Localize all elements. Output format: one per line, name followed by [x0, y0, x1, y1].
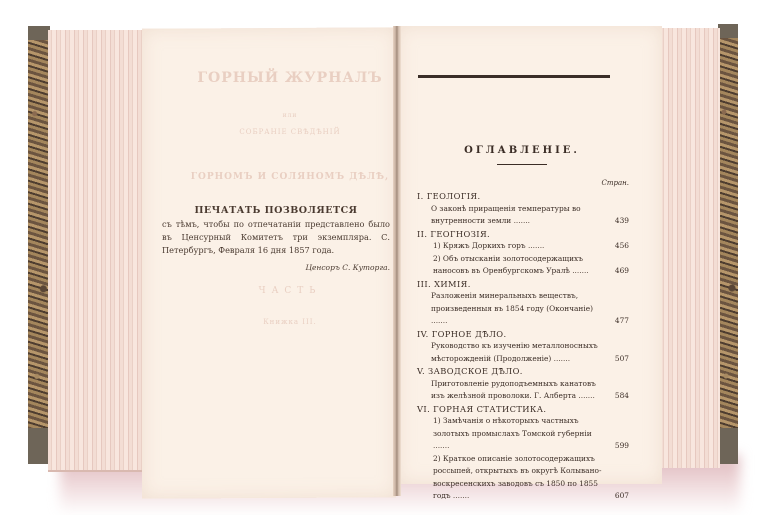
right-cover-corner-bottom [718, 428, 738, 464]
ghost-line: СОБРАНІЕ СВѢДѢНІЙ [185, 128, 395, 136]
dot-leader: ....... [433, 441, 449, 450]
ghost-line: или [185, 112, 395, 119]
toc-entry-text: О законѣ приращенія температуры во внутр… [431, 203, 607, 228]
dot-leader: ....... [451, 491, 470, 500]
header-rule [418, 75, 610, 78]
ghost-line: ГОРНОМЪ И СОЛЯНОМЪ ДѢЛѢ, [185, 172, 395, 182]
toc-entry-text: 1) Замѣчанія о нѣкоторыхъ частныхъ золот… [433, 415, 607, 453]
toc-entry: 2) Объ отысканіи золотосодержащихъ нанос… [415, 253, 629, 278]
right-cover-marbled [718, 24, 738, 464]
dot-leader: ....... [511, 216, 530, 225]
toc-entry: О законѣ приращенія температуры во внутр… [415, 203, 629, 228]
toc-entry: 1) Кряжъ Доркихъ горъ .......456 [415, 240, 629, 253]
toc-entry: Приготовленіе рудоподъемныхъ канатовъ из… [415, 378, 629, 403]
toc-entry-text: 2) Объ отысканіи золотосодержащихъ нанос… [433, 253, 607, 278]
page-column-label: Стран. [415, 177, 629, 190]
toc-entry-page: 469 [607, 265, 629, 278]
toc-entry: 1) Замѣчанія о нѣкоторыхъ частныхъ золот… [415, 415, 629, 453]
toc-entry-text: 1) Кряжъ Доркихъ горъ ....... [433, 240, 607, 253]
toc-entry: Разложенія минеральныхъ веществъ, произв… [415, 290, 629, 328]
left-page-stack [48, 30, 143, 472]
left-cover-corner-top [28, 26, 50, 40]
dot-leader: ....... [551, 354, 570, 363]
dot-leader: ....... [576, 391, 595, 400]
censor-signature: Ценсоръ С. Куторга. [162, 261, 390, 274]
toc-entry-text: 2) Краткое описаніе золотосодержащихъ ро… [433, 453, 607, 503]
toc-entry: 2) Краткое описаніе золотосодержащихъ ро… [415, 453, 629, 503]
toc-section: V. ЗАВОДСКОЕ ДѢЛО. [415, 365, 629, 378]
dot-leader: ....... [526, 241, 545, 250]
toc-entry-page: 507 [607, 353, 629, 366]
toc-section: II. ГЕОГНОЗІЯ. [415, 228, 629, 241]
ghost-line: Книжка III. [185, 318, 395, 326]
toc-entry-page: 607 [607, 490, 629, 503]
imprimatur-title: ПЕЧАТАТЬ ПОЗВОЛЯЕТСЯ [162, 204, 390, 217]
toc-entry-page: 477 [607, 315, 629, 328]
toc-entry-page: 439 [607, 215, 629, 228]
toc-entry-text: Разложенія минеральныхъ веществъ, произв… [431, 290, 607, 328]
toc-entry: Руководство къ изученію металлоносныхъ м… [415, 340, 629, 365]
toc-entry-page: 456 [607, 240, 629, 253]
toc-entry-page: 584 [607, 390, 629, 403]
toc-section: III. ХИМІЯ. [415, 278, 629, 291]
left-cover-corner-bottom [28, 428, 50, 464]
toc-section: VI. ГОРНАЯ СТАТИСТИКА. [415, 403, 629, 416]
toc-heading-rule [497, 164, 547, 165]
right-cover-corner-top [718, 24, 738, 38]
ghost-title: ГОРНЫЙ ЖУРНАЛЪ [185, 70, 395, 86]
toc-entry-page: 599 [607, 440, 629, 453]
toc-entry-text: Приготовленіе рудоподъемныхъ канатовъ из… [431, 378, 607, 403]
table-of-contents: ОГЛАВЛЕНІЕ. Стран. I. ГЕОЛОГІЯ. О законѣ… [415, 145, 629, 503]
ghost-line: ЧАСТЬ [185, 286, 395, 296]
toc-heading: ОГЛАВЛЕНІЕ. [415, 145, 629, 158]
toc-entry-text: Руководство къ изученію металлоносныхъ м… [431, 340, 607, 365]
imprimatur-body: съ тѣмъ, чтобы по отпечатаніи представле… [162, 218, 390, 257]
toc-section: I. ГЕОЛОГІЯ. [415, 190, 629, 203]
book-gutter [393, 26, 401, 496]
imprimatur-block: ПЕЧАТАТЬ ПОЗВОЛЯЕТСЯ съ тѣмъ, чтобы по о… [162, 204, 390, 274]
right-page-stack [660, 28, 720, 468]
dot-leader: ....... [431, 316, 447, 325]
left-cover-marbled [28, 26, 50, 464]
dot-leader: ....... [570, 266, 589, 275]
toc-section: IV. ГОРНОЕ ДѢЛО. [415, 328, 629, 341]
